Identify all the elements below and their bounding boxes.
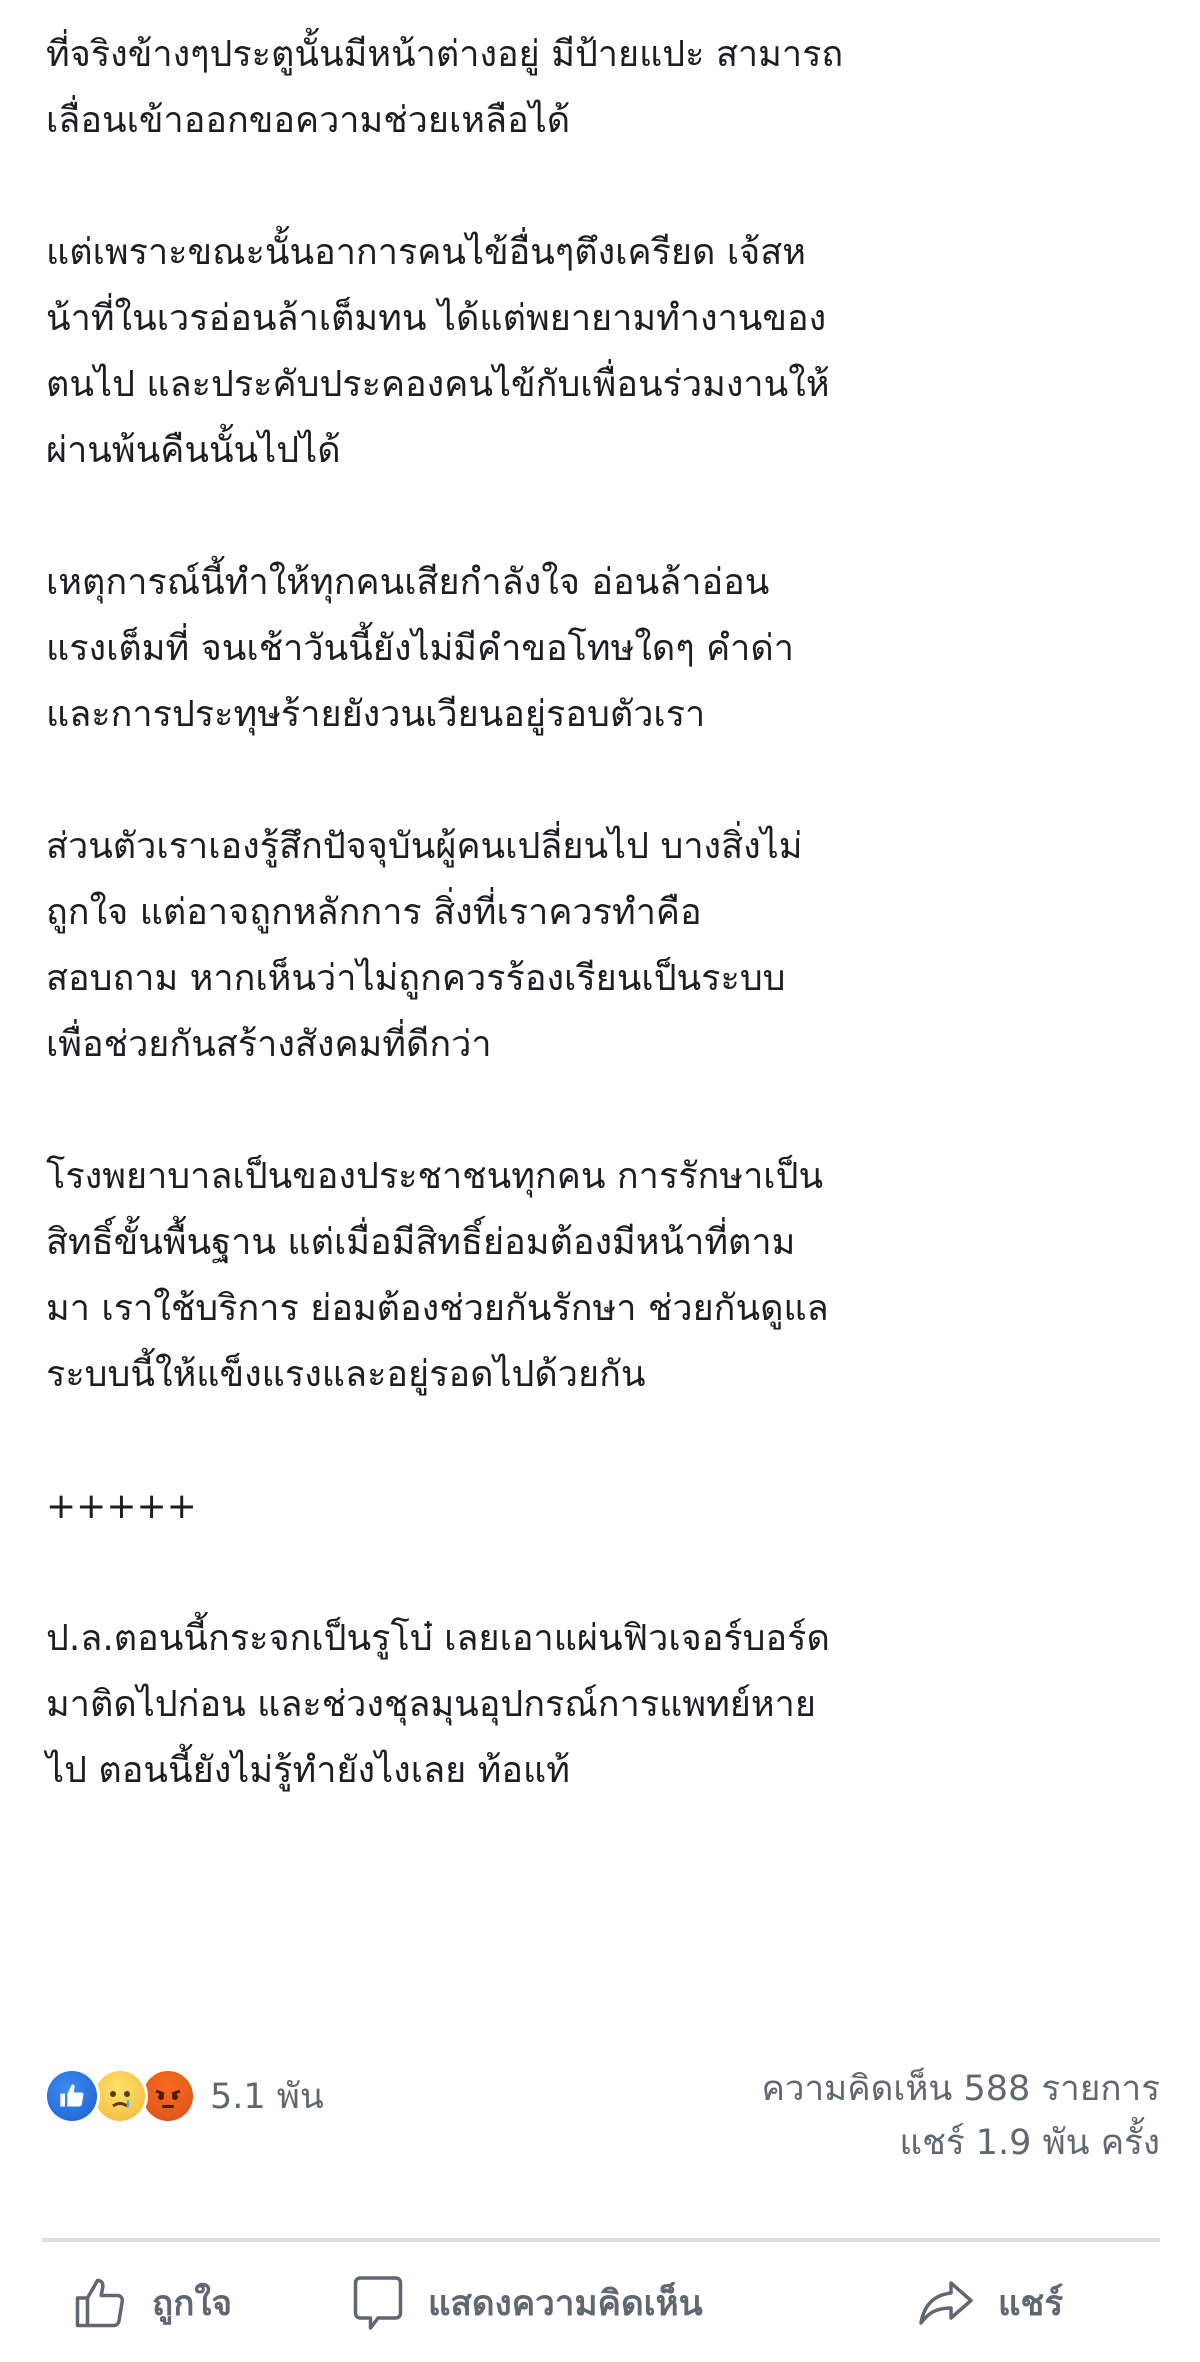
text-line: น้าที่ในเวรอ่อนล้าเต็มทน ได้แต่พยายามทำง… [46,286,1171,352]
paragraph-1: ที่จริงข้างๆประตูนั้นมีหน้าต่างอยู่ มีป้… [46,22,1171,154]
comment-label: แสดงความคิดเห็น [428,2276,703,2331]
text-line: ตนไป และประคับประคองคนไข้กับเพื่อนร่วมงา… [46,352,1171,418]
text-line: ผ่านพ้นคืนนั้นไปได้ [46,418,1171,484]
separator-plus: +++++ [46,1474,1171,1540]
share-label: แชร์ [998,2276,1063,2331]
text-line: +++++ [46,1474,1171,1540]
text-line: โรงพยาบาลเป็นของประชาชนทุกคน การรักษาเป็… [46,1144,1171,1210]
angry-face-icon [140,2068,196,2124]
action-bar: ถูกใจ แสดงความคิดเห็น แชร์ [44,2268,1160,2338]
share-arrow-icon [916,2273,976,2333]
post-stats: 5.1 พัน ความคิดเห็น 588 รายการ แชร์ 1.9 … [44,2062,1160,2172]
text-line: ไป ตอนนี้ยังไม่รู้ทำยังไงเลย ท้อแท้ [46,1738,1171,1804]
engagement-counts: ความคิดเห็น 588 รายการ แชร์ 1.9 พัน ครั้… [761,2062,1160,2170]
post-text: ที่จริงข้างๆประตูนั้นมีหน้าต่างอยู่ มีป้… [46,22,1171,1870]
thumbs-up-outline-icon [70,2273,130,2333]
text-line: สิทธิ์ขั้นพื้นฐาน แต่เมื่อมีสิทธิ์ย่อมต้… [46,1210,1171,1276]
divider [42,2238,1160,2242]
paragraph-5: โรงพยาบาลเป็นของประชาชนทุกคน การรักษาเป็… [46,1144,1171,1408]
reactions-summary[interactable]: 5.1 พัน [44,2068,324,2124]
text-line: มาติดไปก่อน และช่วงชุลมุนอุปกรณ์การแพทย์… [46,1672,1171,1738]
thumbs-up-icon [44,2068,100,2124]
text-line: ป.ล.ตอนนี้กระจกเป็นรูโบ๋ เลยเอาแผ่นฟิวเจ… [46,1606,1171,1672]
text-line: ที่จริงข้างๆประตูนั้นมีหน้าต่างอยู่ มีป้… [46,22,1171,88]
comment-count-link[interactable]: ความคิดเห็น 588 รายการ [761,2062,1160,2116]
text-line: สอบถาม หากเห็นว่าไม่ถูกควรร้องเรียนเป็นร… [46,946,1171,1012]
text-line: เหตุการณ์นี้ทำให้ทุกคนเสียกำลังใจ อ่อนล้… [46,550,1171,616]
reaction-count[interactable]: 5.1 พัน [210,2069,324,2124]
like-label: ถูกใจ [152,2276,232,2331]
text-line: แต่เพราะขณะนั้นอาการคนไข้อื่นๆตึงเครียด … [46,220,1171,286]
text-line: และการประทุษร้ายยังวนเวียนอยู่รอบตัวเรา [46,682,1171,748]
paragraph-3: เหตุการณ์นี้ทำให้ทุกคนเสียกำลังใจ อ่อนล้… [46,550,1171,748]
text-line: ระบบนี้ให้แข็งแรงและอยู่รอดไปด้วยกัน [46,1342,1171,1408]
text-line: ส่วนตัวเราเองรู้สึกปัจจุบันผู้คนเปลี่ยนไ… [46,814,1171,880]
comment-bubble-icon [350,2273,406,2333]
text-line: เพื่อช่วยกันสร้างสังคมที่ดีกว่า [46,1012,1171,1078]
like-button[interactable]: ถูกใจ [70,2268,232,2338]
text-line: เลื่อนเข้าออกขอความช่วยเหลือได้ [46,88,1171,154]
paragraph-ps: ป.ล.ตอนนี้กระจกเป็นรูโบ๋ เลยเอาแผ่นฟิวเจ… [46,1606,1171,1804]
share-button[interactable]: แชร์ [916,2268,1063,2338]
share-count-link[interactable]: แชร์ 1.9 พัน ครั้ง [761,2116,1160,2170]
paragraph-2: แต่เพราะขณะนั้นอาการคนไข้อื่นๆตึงเครียด … [46,220,1171,484]
paragraph-4: ส่วนตัวเราเองรู้สึกปัจจุบันผู้คนเปลี่ยนไ… [46,814,1171,1078]
crying-face-icon [92,2068,148,2124]
text-line: ถูกใจ แต่อาจถูกหลักการ สิ่งที่เราควรทำคื… [46,880,1171,946]
comment-button[interactable]: แสดงความคิดเห็น [350,2268,703,2338]
text-line: มา เราใช้บริการ ย่อมต้องช่วยกันรักษา ช่ว… [46,1276,1171,1342]
text-line: แรงเต็มที่ จนเช้าวันนี้ยังไม่มีคำขอโทษใด… [46,616,1171,682]
